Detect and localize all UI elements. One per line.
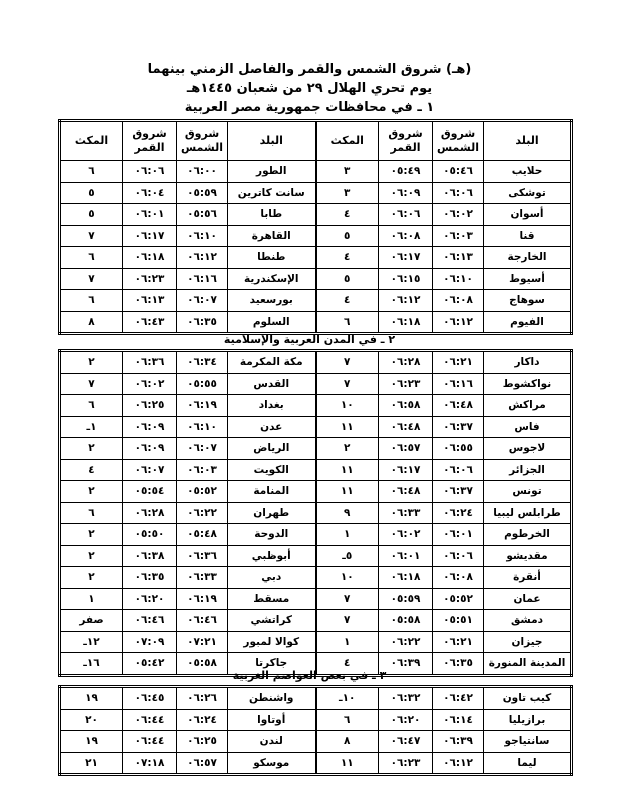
lag-cell: ٥ (316, 225, 379, 247)
lag-cell: ٧ (60, 373, 123, 395)
table-row: الخارجة٠٦:١٣٠٦:١٧٤طنطا٠٦:١٢٠٦:١٨٦ (60, 247, 572, 269)
lag-cell: صفر (60, 610, 123, 632)
sunrise-cell: ٠٦:٤٦ (177, 610, 228, 632)
moonrise-cell: ٠٦:٢٨ (379, 351, 433, 374)
city-cell: لندن (228, 731, 316, 753)
city-cell: جيزان (484, 631, 572, 653)
sunrise-cell: ٠٥:٤٦ (433, 161, 484, 183)
city-cell: بغداد (228, 395, 316, 417)
table-row: أسوان٠٦:٠٢٠٦:٠٦٤طابا٠٥:٥٦٠٦:٠١٥ (60, 204, 572, 226)
moonrise-cell: ٠٦:٢٣ (123, 268, 177, 290)
sunrise-cell: ٠٦:١٢ (433, 752, 484, 775)
col-header-moonrise: شروق القمر (123, 121, 177, 161)
table-row: عمان٠٥:٥٢٠٥:٥٩٧مسقط٠٦:١٩٠٦:٢٠١ (60, 588, 572, 610)
moonrise-cell: ٠٦:١٨ (379, 311, 433, 334)
sunrise-cell: ٠٥:٥٩ (177, 182, 228, 204)
moonrise-cell: ٠٦:٠٤ (123, 182, 177, 204)
lag-cell: ٨ (316, 731, 379, 753)
lag-cell: ٢ (60, 567, 123, 589)
city-cell: لاجوس (484, 438, 572, 460)
lag-cell: ٦ (60, 161, 123, 183)
lag-cell: ١٠ (316, 395, 379, 417)
table-row: ليما٠٦:١٢٠٦:٢٣١١موسكو٠٦:٥٧٠٧:١٨٢١ (60, 752, 572, 775)
city-cell: برازيليا (484, 709, 572, 731)
sunrise-cell: ٠٦:٣٧ (433, 416, 484, 438)
western-capitals-table: كيب تاون٠٦:٤٢٠٦:٣٢١٠ـواشنطن٠٦:٢٦٠٦:٤٥١٩ب… (58, 685, 573, 776)
table-row: أنقرة٠٦:٠٨٠٦:١٨١٠دبي٠٦:٣٣٠٦:٣٥٢ (60, 567, 572, 589)
moonrise-cell: ٠٦:٢٥ (123, 395, 177, 417)
moonrise-cell: ٠٥:٥٠ (123, 524, 177, 546)
moonrise-cell: ٠٦:٠٧ (123, 459, 177, 481)
city-cell: أوتاوا (228, 709, 316, 731)
lag-cell: ١٠ (316, 567, 379, 589)
sunrise-cell: ٠٦:٠٧ (177, 290, 228, 312)
lag-cell: ١١ (316, 752, 379, 775)
lag-cell: ٧ (60, 268, 123, 290)
sunrise-cell: ٠٦:٢١ (433, 351, 484, 374)
sunrise-cell: ٠٦:٢٥ (177, 731, 228, 753)
city-cell: فاس (484, 416, 572, 438)
city-cell: طرابلس ليبيا (484, 502, 572, 524)
moonrise-cell: ٠٧:١٨ (123, 752, 177, 775)
sunrise-cell: ٠٦:٣٤ (177, 351, 228, 374)
sunrise-cell: ٠٦:١٠ (177, 225, 228, 247)
moonrise-cell: ٠٦:٠٨ (379, 225, 433, 247)
sunrise-cell: ٠٦:٣٧ (433, 481, 484, 503)
moonrise-cell: ٠٦:٣٨ (123, 545, 177, 567)
document-subtitle-date: يوم تحري الهلال ٢٩ من شعبان ١٤٤٥هـ (0, 81, 619, 97)
moonrise-cell: ٠٦:٠٢ (123, 373, 177, 395)
moonrise-cell: ٠٦:١٥ (379, 268, 433, 290)
moonrise-cell: ٠٦:٤٧ (379, 731, 433, 753)
moonrise-cell: ٠٦:١٨ (379, 567, 433, 589)
lag-cell: ١٠ـ (316, 687, 379, 710)
moonrise-cell: ٠٦:٢٨ (123, 502, 177, 524)
city-cell: الطور (228, 161, 316, 183)
lag-cell: ١١ (316, 459, 379, 481)
lag-cell: ٤ (316, 247, 379, 269)
city-cell: الفيوم (484, 311, 572, 334)
city-cell: توشكى (484, 182, 572, 204)
moonrise-cell: ٠٦:٤٦ (123, 610, 177, 632)
table-row: الفيوم٠٦:١٢٠٦:١٨٦السلوم٠٦:٣٥٠٦:٤٣٨ (60, 311, 572, 334)
sunrise-cell: ٠٦:١٢ (433, 311, 484, 334)
city-cell: مراكش (484, 395, 572, 417)
lag-cell: ٢ (60, 545, 123, 567)
moonrise-cell: ٠٦:٢٠ (123, 588, 177, 610)
city-cell: كراتشي (228, 610, 316, 632)
lag-cell: ١ (316, 631, 379, 653)
moonrise-cell: ٠٦:٣٦ (123, 351, 177, 374)
lag-cell: ٢ (60, 438, 123, 460)
city-cell: الخرطوم (484, 524, 572, 546)
lag-cell: ٣ (316, 182, 379, 204)
lag-cell: ٧ (316, 610, 379, 632)
moonrise-cell: ٠٦:٤٥ (123, 687, 177, 710)
lag-cell: ٢ (60, 524, 123, 546)
document-page: (هـ) شروق الشمس والقمر والفاصل الزمني بي… (0, 0, 619, 809)
lag-cell: ٦ (60, 247, 123, 269)
city-cell: أسوان (484, 204, 572, 226)
sunrise-cell: ٠٦:٠٦ (433, 459, 484, 481)
city-cell: أنقرة (484, 567, 572, 589)
city-cell: ليما (484, 752, 572, 775)
city-cell: الرياض (228, 438, 316, 460)
section-1-heading: ١ ـ في محافظات جمهورية مصر العربية (0, 100, 619, 116)
moonrise-cell: ٠٦:١٢ (379, 290, 433, 312)
sunrise-cell: ٠٦:١٠ (433, 268, 484, 290)
lag-cell: ٢ (60, 351, 123, 374)
moonrise-cell: ٠٦:١٨ (123, 247, 177, 269)
table-row: الجزائر٠٦:٠٦٠٦:١٧١١الكويت٠٦:٠٣٠٦:٠٧٤ (60, 459, 572, 481)
lag-cell: ٥ (60, 204, 123, 226)
sunrise-cell: ٠٦:١٦ (177, 268, 228, 290)
sunrise-cell: ٠٦:٠٨ (433, 290, 484, 312)
table-row: كيب تاون٠٦:٤٢٠٦:٣٢١٠ـواشنطن٠٦:٢٦٠٦:٤٥١٩ (60, 687, 572, 710)
moonrise-cell: ٠٦:١٧ (379, 247, 433, 269)
moonrise-cell: ٠٦:٢٣ (379, 373, 433, 395)
col-header-lag: المكث (316, 121, 379, 161)
section-3-heading: ٣ ـ في بعض العواصم الغربية (0, 669, 619, 683)
city-cell: الكويت (228, 459, 316, 481)
lag-cell: ١١ (316, 481, 379, 503)
city-cell: عدن (228, 416, 316, 438)
moonrise-cell: ٠٥:٤٩ (379, 161, 433, 183)
table-row: سانتياجو٠٦:٣٩٠٦:٤٧٨لندن٠٦:٢٥٠٦:٤٤١٩ (60, 731, 572, 753)
moonrise-cell: ٠٦:١٧ (379, 459, 433, 481)
sunrise-cell: ٠٦:١٩ (177, 395, 228, 417)
sunrise-cell: ٠٥:٥٢ (177, 481, 228, 503)
sunrise-cell: ٠٦:٣٥ (177, 311, 228, 334)
sunrise-cell: ٠٦:٢١ (433, 631, 484, 653)
lag-cell: ٤ (316, 290, 379, 312)
lag-cell: ٧ (316, 351, 379, 374)
city-cell: أسيوط (484, 268, 572, 290)
table-body: حلايب٠٥:٤٦٠٥:٤٩٣الطور٠٦:٠٠٠٦:٠٦٦توشكى٠٦:… (60, 161, 572, 334)
table-row: توشكى٠٦:٠٦٠٦:٠٩٣سانت كاترين٠٥:٥٩٠٦:٠٤٥ (60, 182, 572, 204)
city-cell: داكار (484, 351, 572, 374)
moonrise-cell: ٠٦:٠١ (379, 545, 433, 567)
sunrise-cell: ٠٦:٠٨ (433, 567, 484, 589)
lag-cell: ١١ (316, 416, 379, 438)
table-row: تونس٠٦:٣٧٠٦:٤٨١١المنامة٠٥:٥٢٠٥:٥٤٢ (60, 481, 572, 503)
city-cell: طنطا (228, 247, 316, 269)
section-2-heading: ٢ ـ في المدن العربية والإسلامية (0, 333, 619, 347)
table-row: حلايب٠٥:٤٦٠٥:٤٩٣الطور٠٦:٠٠٠٦:٠٦٦ (60, 161, 572, 183)
sunrise-cell: ٠٦:٢٤ (177, 709, 228, 731)
sunrise-cell: ٠٦:٠٠ (177, 161, 228, 183)
table-body: داكار٠٦:٢١٠٦:٢٨٧مكة المكرمة٠٦:٣٤٠٦:٣٦٢نو… (60, 351, 572, 676)
city-cell: تونس (484, 481, 572, 503)
table-body: كيب تاون٠٦:٤٢٠٦:٣٢١٠ـواشنطن٠٦:٢٦٠٦:٤٥١٩ب… (60, 687, 572, 775)
col-header-moonrise: شروق القمر (379, 121, 433, 161)
city-cell: عمان (484, 588, 572, 610)
sunrise-cell: ٠٦:٥٧ (177, 752, 228, 775)
sunrise-cell: ٠٦:١٣ (433, 247, 484, 269)
city-cell: القاهرة (228, 225, 316, 247)
lag-cell: ٧ (60, 225, 123, 247)
city-cell: كيب تاون (484, 687, 572, 710)
moonrise-cell: ٠٦:٣٥ (123, 567, 177, 589)
moonrise-cell: ٠٦:٠٢ (379, 524, 433, 546)
sunrise-cell: ٠٦:٣٩ (433, 731, 484, 753)
sunrise-cell: ٠٦:٠٧ (177, 438, 228, 460)
lag-cell: ١٩ (60, 731, 123, 753)
city-cell: طهران (228, 502, 316, 524)
table-row: سوهاج٠٦:٠٨٠٦:١٢٤بورسعيد٠٦:٠٧٠٦:١٣٦ (60, 290, 572, 312)
lag-cell: ١٩ (60, 687, 123, 710)
moonrise-cell: ٠٦:٥٨ (379, 395, 433, 417)
lag-cell: ١ـ (60, 416, 123, 438)
lag-cell: ٥ (316, 268, 379, 290)
sunrise-cell: ٠٦:٢٦ (177, 687, 228, 710)
col-header-sunrise: شروق الشمس (433, 121, 484, 161)
table-row: دمشق٠٥:٥١٠٥:٥٨٧كراتشي٠٦:٤٦٠٦:٤٦صفر (60, 610, 572, 632)
sunrise-cell: ٠٦:٣٦ (177, 545, 228, 567)
lag-cell: ٨ (60, 311, 123, 334)
city-cell: حلايب (484, 161, 572, 183)
city-cell: أبوظبي (228, 545, 316, 567)
lag-cell: ٤ (316, 204, 379, 226)
table-row: مقديشو٠٦:٠٦٠٦:٠١٥ـأبوظبي٠٦:٣٦٠٦:٣٨٢ (60, 545, 572, 567)
moonrise-cell: ٠٧:٠٩ (123, 631, 177, 653)
moonrise-cell: ٠٦:٠٦ (123, 161, 177, 183)
moonrise-cell: ٠٦:١٣ (123, 290, 177, 312)
moonrise-cell: ٠٦:١٧ (123, 225, 177, 247)
city-cell: بورسعيد (228, 290, 316, 312)
moonrise-cell: ٠٦:٠٦ (379, 204, 433, 226)
lag-cell: ٦ (316, 709, 379, 731)
moonrise-cell: ٠٦:٢٣ (379, 752, 433, 775)
city-cell: الخارجة (484, 247, 572, 269)
lag-cell: ٧ (316, 588, 379, 610)
sunrise-cell: ٠٦:٠٦ (433, 182, 484, 204)
sunrise-cell: ٠٥:٥٥ (177, 373, 228, 395)
moonrise-cell: ٠٦:٠١ (123, 204, 177, 226)
lag-cell: ٦ (316, 311, 379, 334)
city-cell: نواكشوط (484, 373, 572, 395)
table-row: داكار٠٦:٢١٠٦:٢٨٧مكة المكرمة٠٦:٣٤٠٦:٣٦٢ (60, 351, 572, 374)
moonrise-cell: ٠٦:٢٠ (379, 709, 433, 731)
city-cell: دمشق (484, 610, 572, 632)
sunrise-cell: ٠٦:١٦ (433, 373, 484, 395)
sunrise-cell: ٠٦:٥٥ (433, 438, 484, 460)
moonrise-cell: ٠٦:٣٣ (379, 502, 433, 524)
city-cell: طابا (228, 204, 316, 226)
table-row: مراكش٠٦:٤٨٠٦:٥٨١٠بغداد٠٦:١٩٠٦:٢٥٦ (60, 395, 572, 417)
city-cell: قنا (484, 225, 572, 247)
city-cell: مسقط (228, 588, 316, 610)
city-cell: سانتياجو (484, 731, 572, 753)
table-row: أسيوط٠٦:١٠٠٦:١٥٥الإسكندرية٠٦:١٦٠٦:٢٣٧ (60, 268, 572, 290)
city-cell: الإسكندرية (228, 268, 316, 290)
lag-cell: ٣ (316, 161, 379, 183)
lag-cell: ٦ (60, 290, 123, 312)
city-cell: الدوحة (228, 524, 316, 546)
moonrise-cell: ٠٦:٣٢ (379, 687, 433, 710)
col-header-sunrise: شروق الشمس (177, 121, 228, 161)
lag-cell: ١ (316, 524, 379, 546)
city-cell: مقديشو (484, 545, 572, 567)
lag-cell: ٦ (60, 502, 123, 524)
egypt-governorates-table: البلد شروق الشمس شروق القمر المكث البلد … (58, 119, 573, 335)
lag-cell: ٥ـ (316, 545, 379, 567)
sunrise-cell: ٠٦:١٠ (177, 416, 228, 438)
moonrise-cell: ٠٥:٥٨ (379, 610, 433, 632)
col-header-city: البلد (228, 121, 316, 161)
city-cell: سوهاج (484, 290, 572, 312)
city-cell: المنامة (228, 481, 316, 503)
sunrise-cell: ٠٦:٢٢ (177, 502, 228, 524)
sunrise-cell: ٠٦:٠١ (433, 524, 484, 546)
moonrise-cell: ٠٦:٠٩ (379, 182, 433, 204)
sunrise-cell: ٠٧:٢١ (177, 631, 228, 653)
moonrise-cell: ٠٥:٥٩ (379, 588, 433, 610)
city-cell: واشنطن (228, 687, 316, 710)
lag-cell: ١ (60, 588, 123, 610)
table-row: برازيليا٠٦:١٤٠٦:٢٠٦أوتاوا٠٦:٢٤٠٦:٤٤٢٠ (60, 709, 572, 731)
moonrise-cell: ٠٦:٤٤ (123, 731, 177, 753)
arab-islamic-cities-table: داكار٠٦:٢١٠٦:٢٨٧مكة المكرمة٠٦:٣٤٠٦:٣٦٢نو… (58, 349, 573, 677)
moonrise-cell: ٠٦:٤٣ (123, 311, 177, 334)
moonrise-cell: ٠٦:٤٨ (379, 416, 433, 438)
sunrise-cell: ٠٦:٠٦ (433, 545, 484, 567)
city-cell: القدس (228, 373, 316, 395)
sunrise-cell: ٠٦:١٤ (433, 709, 484, 731)
city-cell: السلوم (228, 311, 316, 334)
table-row: نواكشوط٠٦:١٦٠٦:٢٣٧القدس٠٥:٥٥٠٦:٠٢٧ (60, 373, 572, 395)
col-header-lag: المكث (60, 121, 123, 161)
lag-cell: ٤ (60, 459, 123, 481)
lag-cell: ٢٠ (60, 709, 123, 731)
sunrise-cell: ٠٦:١٩ (177, 588, 228, 610)
sunrise-cell: ٠٦:٣٣ (177, 567, 228, 589)
table-row: قنا٠٦:٠٣٠٦:٠٨٥القاهرة٠٦:١٠٠٦:١٧٧ (60, 225, 572, 247)
sunrise-cell: ٠٦:٠٣ (177, 459, 228, 481)
lag-cell: ٧ (316, 373, 379, 395)
lag-cell: ٢ (60, 481, 123, 503)
moonrise-cell: ٠٦:٤٤ (123, 709, 177, 731)
lag-cell: ٢١ (60, 752, 123, 775)
sunrise-cell: ٠٥:٤٨ (177, 524, 228, 546)
lag-cell: ٦ (60, 395, 123, 417)
city-cell: مكة المكرمة (228, 351, 316, 374)
sunrise-cell: ٠٦:٠٢ (433, 204, 484, 226)
lag-cell: ٥ (60, 182, 123, 204)
sunrise-cell: ٠٦:٤٢ (433, 687, 484, 710)
table-row: الخرطوم٠٦:٠١٠٦:٠٢١الدوحة٠٥:٤٨٠٥:٥٠٢ (60, 524, 572, 546)
city-cell: الجزائر (484, 459, 572, 481)
lag-cell: ١٢ـ (60, 631, 123, 653)
city-cell: دبي (228, 567, 316, 589)
table-row: لاجوس٠٦:٥٥٠٦:٥٧٢الرياض٠٦:٠٧٠٦:٠٩٢ (60, 438, 572, 460)
table-row: فاس٠٦:٣٧٠٦:٤٨١١عدن٠٦:١٠٠٦:٠٩١ـ (60, 416, 572, 438)
sunrise-cell: ٠٥:٥٦ (177, 204, 228, 226)
city-cell: سانت كاترين (228, 182, 316, 204)
moonrise-cell: ٠٦:٤٨ (379, 481, 433, 503)
table-header-row: البلد شروق الشمس شروق القمر المكث البلد … (60, 121, 572, 161)
moonrise-cell: ٠٦:٠٩ (123, 416, 177, 438)
sunrise-cell: ٠٦:١٢ (177, 247, 228, 269)
moonrise-cell: ٠٦:٢٢ (379, 631, 433, 653)
lag-cell: ٩ (316, 502, 379, 524)
sunrise-cell: ٠٦:٠٣ (433, 225, 484, 247)
document-title: (هـ) شروق الشمس والقمر والفاصل الزمني بي… (0, 62, 619, 78)
moonrise-cell: ٠٦:٥٧ (379, 438, 433, 460)
sunrise-cell: ٠٦:٢٤ (433, 502, 484, 524)
sunrise-cell: ٠٥:٥١ (433, 610, 484, 632)
city-cell: موسكو (228, 752, 316, 775)
lag-cell: ٢ (316, 438, 379, 460)
table-row: جيزان٠٦:٢١٠٦:٢٢١كوالا لمبور٠٧:٢١٠٧:٠٩١٢ـ (60, 631, 572, 653)
moonrise-cell: ٠٥:٥٤ (123, 481, 177, 503)
sunrise-cell: ٠٥:٥٢ (433, 588, 484, 610)
city-cell: كوالا لمبور (228, 631, 316, 653)
sunrise-cell: ٠٦:٤٨ (433, 395, 484, 417)
table-row: طرابلس ليبيا٠٦:٢٤٠٦:٣٣٩طهران٠٦:٢٢٠٦:٢٨٦ (60, 502, 572, 524)
moonrise-cell: ٠٦:٠٩ (123, 438, 177, 460)
col-header-city: البلد (484, 121, 572, 161)
